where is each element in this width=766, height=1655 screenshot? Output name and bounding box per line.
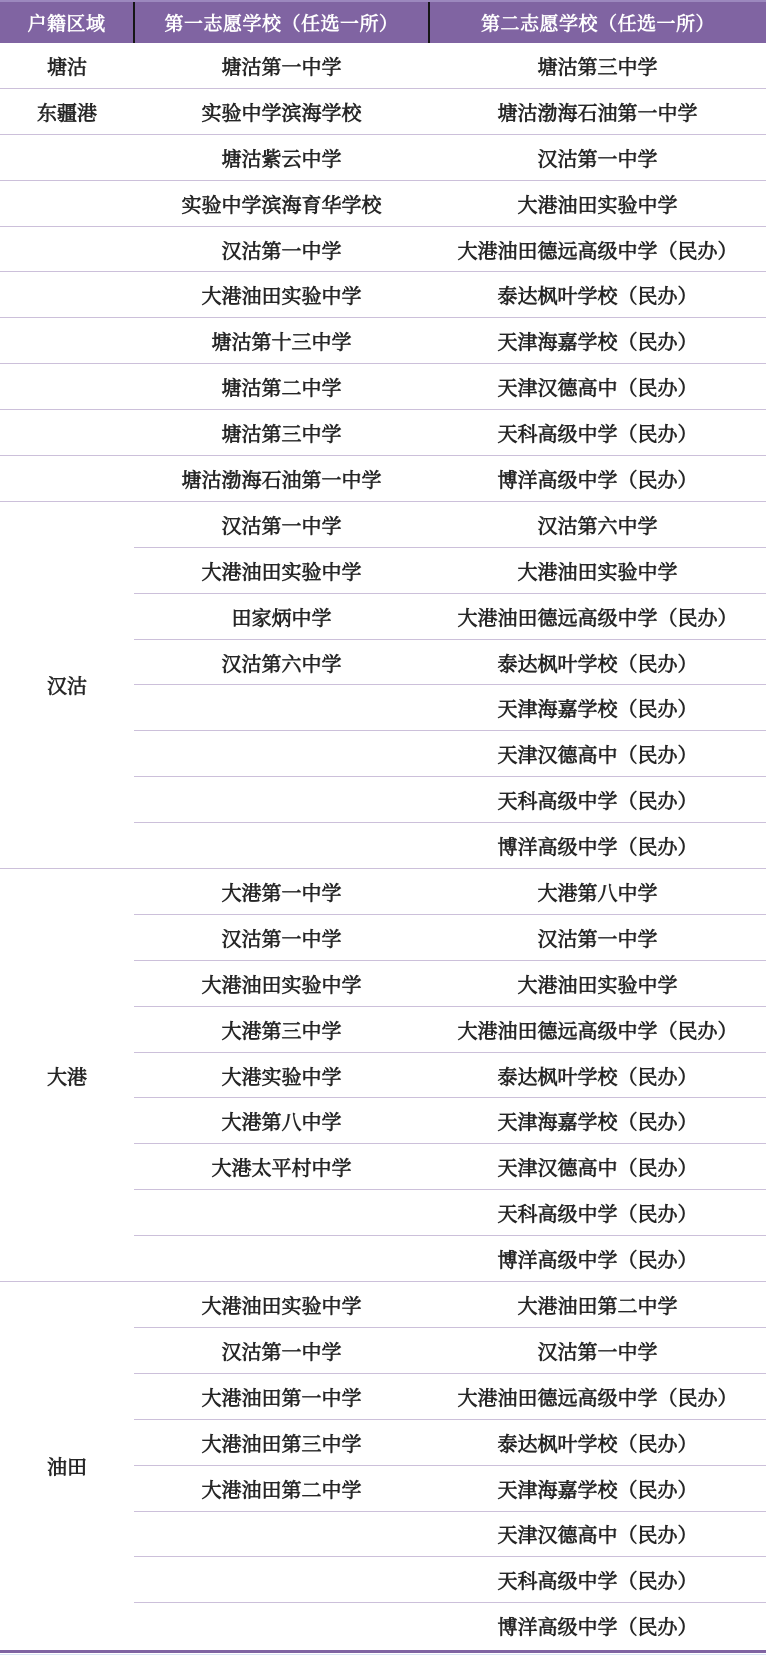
table-row: 汉沽汉沽第一中学汉沽第六中学 <box>0 501 766 547</box>
first-choice-cell: 汉沽第一中学 <box>134 226 429 272</box>
first-choice-cell: 汉沽第一中学 <box>134 1327 429 1373</box>
region-cell: 油田 <box>0 1282 134 1649</box>
region-cell <box>0 134 134 180</box>
table-row: 汉沽第一中学大港油田德远高级中学（民办） <box>0 226 766 272</box>
first-choice-cell <box>134 685 429 731</box>
second-choice-cell: 大港油田实验中学 <box>429 960 766 1006</box>
first-choice-cell: 塘沽渤海石油第一中学 <box>134 456 429 502</box>
second-choice-cell: 汉沽第一中学 <box>429 134 766 180</box>
second-choice-cell: 天津海嘉学校（民办） <box>429 685 766 731</box>
table-row: 大港油田实验中学泰达枫叶学校（民办） <box>0 272 766 318</box>
school-choice-page: 户籍区域 第一志愿学校（任选一所） 第二志愿学校（任选一所） 塘沽塘沽第一中学塘… <box>0 0 766 1655</box>
table-row: 东疆港实验中学滨海学校塘沽渤海石油第一中学 <box>0 88 766 134</box>
region-cell: 塘沽 <box>0 43 134 88</box>
first-choice-cell <box>134 731 429 777</box>
first-choice-cell: 大港油田实验中学 <box>134 547 429 593</box>
table-row: 塘沽塘沽第一中学塘沽第三中学 <box>0 43 766 88</box>
first-choice-cell <box>134 1236 429 1282</box>
school-choice-table: 户籍区域 第一志愿学校（任选一所） 第二志愿学校（任选一所） 塘沽塘沽第一中学塘… <box>0 0 766 1648</box>
region-cell <box>0 456 134 502</box>
second-choice-cell: 泰达枫叶学校（民办） <box>429 1419 766 1465</box>
second-choice-cell: 天科高级中学（民办） <box>429 1190 766 1236</box>
region-cell <box>0 226 134 272</box>
second-choice-cell: 大港油田实验中学 <box>429 547 766 593</box>
second-choice-cell: 泰达枫叶学校（民办） <box>429 272 766 318</box>
second-choice-cell: 天津海嘉学校（民办） <box>429 1098 766 1144</box>
first-choice-cell: 塘沽第三中学 <box>134 410 429 456</box>
second-choice-cell: 汉沽第一中学 <box>429 1327 766 1373</box>
table-row: 塘沽第十三中学天津海嘉学校（民办） <box>0 318 766 364</box>
first-choice-cell: 大港第三中学 <box>134 1006 429 1052</box>
second-choice-cell: 天科高级中学（民办） <box>429 777 766 823</box>
table-row: 实验中学滨海育华学校大港油田实验中学 <box>0 180 766 226</box>
second-choice-cell: 大港油田实验中学 <box>429 180 766 226</box>
second-choice-cell: 天津汉德高中（民办） <box>429 1511 766 1557</box>
first-choice-cell: 大港油田实验中学 <box>134 960 429 1006</box>
first-choice-cell: 大港太平村中学 <box>134 1144 429 1190</box>
second-choice-cell: 天津汉德高中（民办） <box>429 364 766 410</box>
first-choice-cell: 大港实验中学 <box>134 1052 429 1098</box>
table-row: 塘沽紫云中学汉沽第一中学 <box>0 134 766 180</box>
table-bottom-border <box>0 1650 766 1653</box>
header-region: 户籍区域 <box>0 1 134 43</box>
second-choice-cell: 大港油田德远高级中学（民办） <box>429 1006 766 1052</box>
table-row: 塘沽第三中学天科高级中学（民办） <box>0 410 766 456</box>
first-choice-cell <box>134 1511 429 1557</box>
first-choice-cell: 大港第一中学 <box>134 869 429 915</box>
second-choice-cell: 博洋高级中学（民办） <box>429 823 766 869</box>
first-choice-cell: 大港油田实验中学 <box>134 272 429 318</box>
second-choice-cell: 天科高级中学（民办） <box>429 410 766 456</box>
region-cell <box>0 180 134 226</box>
first-choice-cell: 实验中学滨海学校 <box>134 88 429 134</box>
region-cell <box>0 318 134 364</box>
second-choice-cell: 大港第八中学 <box>429 869 766 915</box>
second-choice-cell: 天科高级中学（民办） <box>429 1557 766 1603</box>
first-choice-cell: 汉沽第一中学 <box>134 914 429 960</box>
first-choice-cell <box>134 1557 429 1603</box>
first-choice-cell: 大港油田第三中学 <box>134 1419 429 1465</box>
first-choice-cell: 汉沽第一中学 <box>134 501 429 547</box>
table-row: 油田大港油田实验中学大港油田第二中学 <box>0 1282 766 1328</box>
first-choice-cell: 实验中学滨海育华学校 <box>134 180 429 226</box>
second-choice-cell: 汉沽第一中学 <box>429 914 766 960</box>
second-choice-cell: 天津海嘉学校（民办） <box>429 1465 766 1511</box>
header-row: 户籍区域 第一志愿学校（任选一所） 第二志愿学校（任选一所） <box>0 1 766 43</box>
first-choice-cell <box>134 1190 429 1236</box>
table-header: 户籍区域 第一志愿学校（任选一所） 第二志愿学校（任选一所） <box>0 1 766 43</box>
second-choice-cell: 天津汉德高中（民办） <box>429 731 766 777</box>
second-choice-cell: 天津海嘉学校（民办） <box>429 318 766 364</box>
region-cell <box>0 410 134 456</box>
second-choice-cell: 博洋高级中学（民办） <box>429 1603 766 1648</box>
first-choice-cell: 塘沽第十三中学 <box>134 318 429 364</box>
second-choice-cell: 大港油田第二中学 <box>429 1282 766 1328</box>
region-cell: 汉沽 <box>0 501 134 868</box>
first-choice-cell: 汉沽第六中学 <box>134 639 429 685</box>
region-cell: 大港 <box>0 869 134 1282</box>
first-choice-cell: 塘沽第二中学 <box>134 364 429 410</box>
table-row: 塘沽渤海石油第一中学博洋高级中学（民办） <box>0 456 766 502</box>
first-choice-cell <box>134 1603 429 1648</box>
header-second-choice: 第二志愿学校（任选一所） <box>429 1 766 43</box>
header-first-choice: 第一志愿学校（任选一所） <box>134 1 429 43</box>
first-choice-cell: 大港油田第一中学 <box>134 1373 429 1419</box>
region-cell <box>0 272 134 318</box>
second-choice-cell: 博洋高级中学（民办） <box>429 1236 766 1282</box>
first-choice-cell: 大港油田第二中学 <box>134 1465 429 1511</box>
first-choice-cell: 大港油田实验中学 <box>134 1282 429 1328</box>
second-choice-cell: 塘沽第三中学 <box>429 43 766 88</box>
first-choice-cell: 田家炳中学 <box>134 593 429 639</box>
table-row: 大港大港第一中学大港第八中学 <box>0 869 766 915</box>
table-row: 塘沽第二中学天津汉德高中（民办） <box>0 364 766 410</box>
first-choice-cell <box>134 777 429 823</box>
first-choice-cell: 塘沽第一中学 <box>134 43 429 88</box>
second-choice-cell: 泰达枫叶学校（民办） <box>429 639 766 685</box>
second-choice-cell: 泰达枫叶学校（民办） <box>429 1052 766 1098</box>
region-cell: 东疆港 <box>0 88 134 134</box>
first-choice-cell: 大港第八中学 <box>134 1098 429 1144</box>
second-choice-cell: 大港油田德远高级中学（民办） <box>429 1373 766 1419</box>
table-body: 塘沽塘沽第一中学塘沽第三中学东疆港实验中学滨海学校塘沽渤海石油第一中学塘沽紫云中… <box>0 43 766 1648</box>
second-choice-cell: 天津汉德高中（民办） <box>429 1144 766 1190</box>
second-choice-cell: 汉沽第六中学 <box>429 501 766 547</box>
second-choice-cell: 大港油田德远高级中学（民办） <box>429 593 766 639</box>
second-choice-cell: 大港油田德远高级中学（民办） <box>429 226 766 272</box>
region-cell <box>0 364 134 410</box>
second-choice-cell: 博洋高级中学（民办） <box>429 456 766 502</box>
first-choice-cell <box>134 823 429 869</box>
second-choice-cell: 塘沽渤海石油第一中学 <box>429 88 766 134</box>
first-choice-cell: 塘沽紫云中学 <box>134 134 429 180</box>
